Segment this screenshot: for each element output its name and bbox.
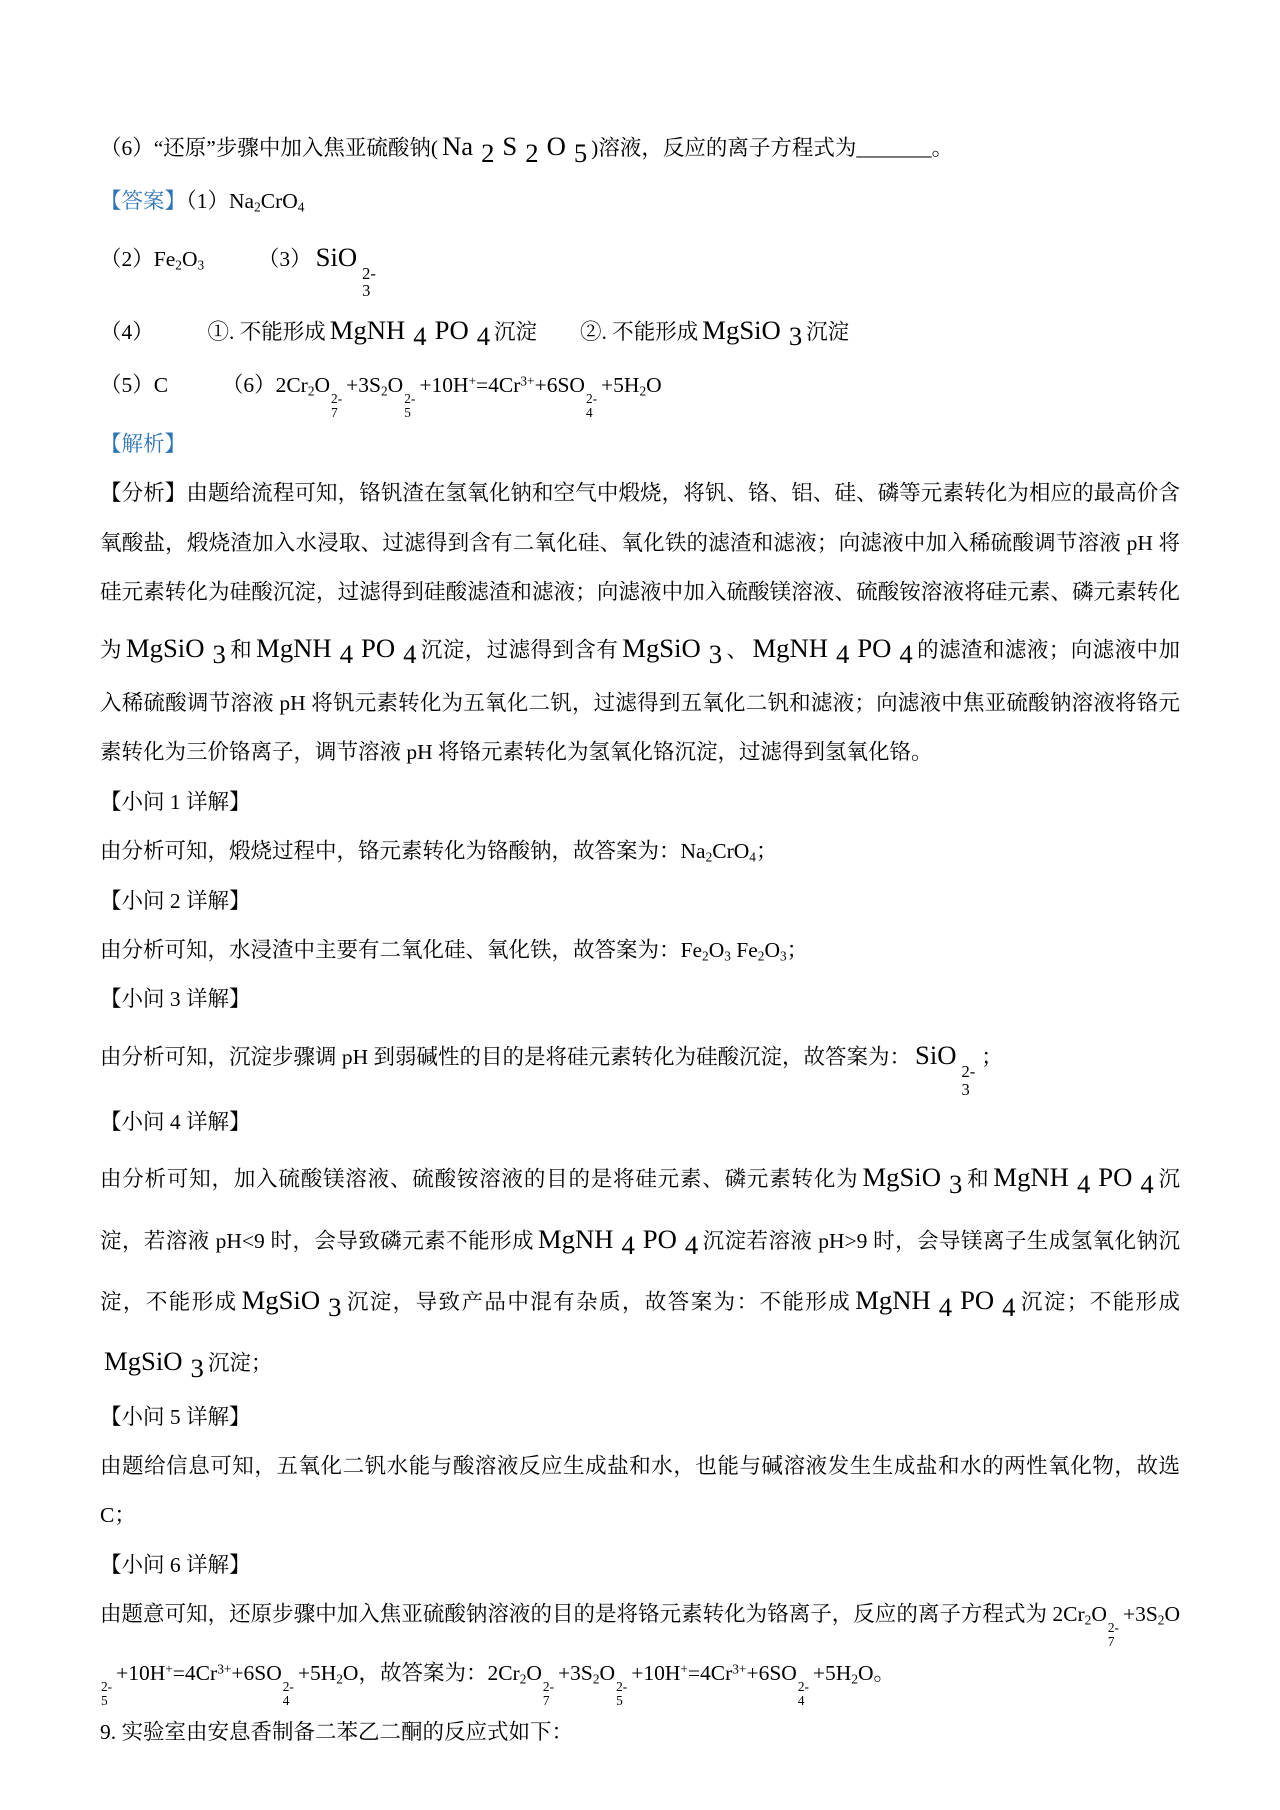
subscript: 5 (574, 138, 587, 168)
subscript: 2 (175, 257, 182, 272)
text-run: MgNH (330, 315, 406, 345)
answer-line-5-6: （5）C （6）2Cr2O2-7+3S2O2-5+10H+=4Cr3++6SO2… (100, 361, 1180, 420)
subscript: 3 (212, 639, 225, 669)
text-run: MgSiO (702, 315, 781, 345)
text-run: 由题意可知，还原步骤中加入焦亚硫酸钠溶液的目的是将铬元素转化为铬离子，反应的离子… (100, 1602, 1085, 1626)
text-run: MgSiO (104, 1346, 183, 1376)
text-run: 由分析可知，沉淀步骤调 pH 到弱碱性的目的是将硅元素转化为硅酸沉淀，故答案为： (100, 1045, 911, 1069)
subscript: 2 (525, 138, 538, 168)
subscript-count: 4 (798, 1694, 805, 1708)
text-run: O (343, 1661, 359, 1685)
text-run: 由题给信息可知，五氧化二钒水能与酸溶液反应生成盐和水，也能与碱溶液发生生成盐和水… (100, 1454, 1180, 1527)
subscript: 2 (308, 383, 315, 398)
subscript-count: 4 (283, 1694, 290, 1708)
superscript: 3+ (217, 1661, 231, 1676)
subq2-header: 【小问 2 详解】 (100, 877, 1180, 926)
superscript: + (468, 373, 476, 388)
subq3-body: 由分析可知，沉淀步骤调 pH 到弱碱性的目的是将硅元素转化为硅酸沉淀，故答案为：… (100, 1025, 1180, 1098)
text-run: Fe (731, 938, 758, 962)
subscript: 3 (709, 639, 722, 669)
text-run: （5）C （6）2Cr (100, 373, 308, 397)
superscript-charge: 2- (331, 392, 342, 406)
text-run: 【小问 1 详解】 (100, 790, 251, 814)
text-run: 、 (726, 638, 748, 662)
text-run: 沉淀，过滤得到含有 (420, 638, 618, 662)
subscript-count: 7 (543, 1694, 550, 1708)
subscript-count: 3 (362, 282, 370, 299)
answer-line-1: 【答案】（1）Na2CrO4 (100, 177, 1180, 226)
subq1-body: 由分析可知，煅烧过程中，铬元素转化为铬酸钠，故答案为：Na2CrO4； (100, 827, 1180, 876)
text-run: =4Cr (476, 373, 520, 397)
text-run: 沉淀；不能形成 (1019, 1290, 1180, 1314)
text-run: O (709, 938, 725, 962)
text-run: +10H (116, 1661, 165, 1685)
subscript: 3 (789, 321, 802, 351)
subscript: 4 (685, 1230, 698, 1260)
subq5-header: 【小问 5 详解】 (100, 1393, 1180, 1442)
subq2-body: 由分析可知，水浸渣中主要有二氧化硅、氧化铁，故答案为：Fe2O3 Fe2O3； (100, 926, 1180, 975)
text-run: =4Cr (688, 1661, 732, 1685)
subscript: 2 (254, 200, 261, 215)
superscript-charge: 2- (616, 1680, 627, 1694)
text-run: =4Cr (173, 1661, 217, 1685)
text-run: 【小问 2 详解】 (100, 889, 251, 913)
text-run: S (502, 131, 517, 161)
text-run: +3S (558, 1661, 593, 1685)
superscript: + (165, 1661, 173, 1676)
text-run: （6）“还原”步骤中加入焦亚硫酸钠( (100, 136, 438, 160)
superscript: 3+ (520, 373, 534, 388)
superscript-charge: 2- (404, 392, 415, 406)
text-run: +5H (813, 1661, 851, 1685)
subscript: 2 (593, 1671, 600, 1686)
subscript: 4 (403, 639, 416, 669)
analysis-label: 【解析】 (100, 432, 186, 456)
text-run: Na (442, 131, 473, 161)
text-run: 沉淀 ②. 不能形成 (494, 320, 698, 344)
text-run: MgSiO (126, 633, 205, 663)
text-run: 沉淀； (208, 1351, 273, 1375)
text-run: ； (787, 938, 809, 962)
ion-charge-stack: 2-7 (543, 1680, 554, 1708)
subscript: 2 (381, 383, 388, 398)
subscript: 4 (1077, 1169, 1090, 1199)
superscript-charge: 2- (798, 1680, 809, 1694)
subscript: 3 (328, 1292, 341, 1322)
exam-answer-page: （6）“还原”步骤中加入焦亚硫酸钠(Na2S2O5)溶液，反应的离子方程式为__… (0, 0, 1280, 1810)
text-run: )溶液，反应的离子方程式为_______。 (591, 136, 953, 160)
fenxi-paragraph: 【分析】由题给流程可知，铬钒渣在氢氧化钠和空气中煅烧，将钒、铬、铝、硅、磷等元素… (100, 469, 1180, 777)
subscript-count: 5 (616, 1694, 623, 1708)
superscript-charge: 2- (543, 1680, 554, 1694)
subq4-body: 由分析可知，加入硫酸镁溶液、硫酸铵溶液的目的是将硅元素、磷元素转化为MgSiO3… (100, 1147, 1180, 1392)
text-run: MgSiO (242, 1285, 321, 1315)
text-run: +6SO (231, 1661, 281, 1685)
ion-charge-stack: 2-7 (1108, 1621, 1119, 1649)
subscript: 4 (1140, 1169, 1153, 1199)
text-run: MgNH (993, 1162, 1069, 1192)
text-run: PO (1098, 1162, 1132, 1192)
answer-line-2-3: （2）Fe2O3 （3）SiO2-3 (100, 227, 1180, 300)
text-run: 由分析可知，水浸渣中主要有二氧化硅、氧化铁，故答案为：Fe (100, 938, 702, 962)
subq3-header: 【小问 3 详解】 (100, 975, 1180, 1024)
subscript-count: 7 (1108, 1635, 1115, 1649)
subscript: 2 (851, 1671, 858, 1686)
text-run: +10H (631, 1661, 680, 1685)
subscript: 2 (336, 1671, 343, 1686)
subscript-count: 5 (404, 406, 411, 420)
text-run: MgSiO (622, 633, 701, 663)
superscript-charge: 2- (962, 1063, 976, 1080)
text-run: O (858, 1661, 874, 1685)
subscript: 3 (949, 1169, 962, 1199)
text-run: +3S (1123, 1602, 1158, 1626)
text-run: （1）Na (186, 189, 254, 213)
text-run: +3S (346, 373, 381, 397)
text-run: +10H (419, 373, 468, 397)
text-run: MgSiO (862, 1162, 941, 1192)
text-run: SiO (915, 1040, 956, 1070)
subscript: 4 (298, 200, 305, 215)
text-run: O (315, 373, 331, 397)
text-run: ； (981, 1045, 1003, 1069)
subscript: 4 (413, 321, 426, 351)
subq6-header: 【小问 6 详解】 (100, 1541, 1180, 1590)
subscript: 2 (481, 138, 494, 168)
text-run: 和 (966, 1167, 989, 1191)
text-run: O (388, 373, 404, 397)
answer-line-4: （4） ①. 不能形成MgNH4PO4沉淀 ②. 不能形成MgSiO3沉淀 (100, 300, 1180, 361)
text-run: 【小问 4 详解】 (100, 1110, 251, 1134)
superscript: + (680, 1661, 688, 1676)
text-run: （4） ①. 不能形成 (100, 320, 326, 344)
subscript: 3 (191, 1353, 204, 1383)
superscript-charge: 2- (1108, 1621, 1119, 1635)
text-run: PO (643, 1224, 677, 1254)
question-9-line: 9. 实验室由安息香制备二苯乙二酮的反应式如下： (100, 1708, 1180, 1757)
subscript: 4 (621, 1230, 634, 1260)
text-run: 由分析可知，煅烧过程中，铬元素转化为铬酸钠，故答案为：Na (100, 839, 706, 863)
text-run: MgNH (752, 633, 828, 663)
text-run: （2）Fe (100, 247, 175, 271)
text-run: O (646, 373, 662, 397)
text-run: 【小问 5 详解】 (100, 1405, 251, 1429)
text-run: MgNH (855, 1285, 931, 1315)
superscript-charge: 2- (101, 1680, 112, 1694)
text-run: 沉淀 (806, 320, 849, 344)
text-run: 【小问 6 详解】 (100, 1553, 251, 1577)
text-run: O (764, 938, 780, 962)
superscript-charge: 2- (362, 265, 376, 282)
text-run: SiO (316, 242, 357, 272)
document-body: （6）“还原”步骤中加入焦亚硫酸钠(Na2S2O5)溶液，反应的离子方程式为__… (100, 116, 1180, 1757)
text-run: +5H (298, 1661, 336, 1685)
text-run: +5H (601, 373, 639, 397)
superscript-charge: 2- (283, 1680, 294, 1694)
ion-charge-stack: 2-5 (101, 1680, 112, 1708)
text-run: PO (960, 1285, 994, 1315)
ion-charge-stack: 2-5 (404, 392, 415, 420)
subscript-count: 7 (331, 406, 338, 420)
text-run: O (526, 1661, 542, 1685)
subq1-header: 【小问 1 详解】 (100, 778, 1180, 827)
subscript: 4 (749, 849, 756, 864)
text-run: PO (857, 633, 891, 663)
text-run: O (547, 131, 566, 161)
subscript-count: 4 (586, 406, 593, 420)
text-run: PO (435, 315, 469, 345)
subscript: 3 (724, 948, 731, 963)
text-run: 。 (874, 1661, 896, 1685)
text-run: +6SO (746, 1661, 796, 1685)
subscript: 4 (899, 639, 912, 669)
ion-charge-stack: 2-7 (331, 392, 342, 420)
text-run: O (1164, 1602, 1180, 1626)
text-run: PO (361, 633, 395, 663)
superscript-charge: 2- (586, 392, 597, 406)
ion-charge-stack: 2-5 (616, 1680, 627, 1708)
subq5-body: 由题给信息可知，五氧化二钒水能与酸溶液反应生成盐和水，也能与碱溶液发生生成盐和水… (100, 1442, 1180, 1541)
text-run: ，故答案为：2Cr (358, 1661, 519, 1685)
subscript: 4 (836, 639, 849, 669)
text-run: 9. 实验室由安息香制备二苯乙二酮的反应式如下： (100, 1720, 573, 1744)
text-run: CrO (712, 839, 749, 863)
text-run: O (600, 1661, 616, 1685)
text-run: 由分析可知，加入硫酸镁溶液、硫酸铵溶液的目的是将硅元素、磷元素转化为 (100, 1167, 858, 1191)
question-6-line: （6）“还原”步骤中加入焦亚硫酸钠(Na2S2O5)溶液，反应的离子方程式为__… (100, 116, 1180, 177)
text-run: MgNH (538, 1224, 614, 1254)
ion-charge-stack: 2-4 (798, 1680, 809, 1708)
ion-charge-stack: 2-3 (362, 265, 376, 300)
subscript: 4 (1002, 1292, 1015, 1322)
ion-charge-stack: 2-4 (283, 1680, 294, 1708)
subq4-header: 【小问 4 详解】 (100, 1098, 1180, 1147)
subscript: 4 (477, 321, 490, 351)
ion-charge-stack: 2-4 (586, 392, 597, 420)
text-run: 和 (230, 638, 252, 662)
subscript: 2 (702, 948, 709, 963)
page: { "page": { "background": "#ffffff", "te… (0, 0, 1280, 1810)
text-run: CrO (261, 189, 298, 213)
superscript: 3+ (732, 1661, 746, 1676)
text-run: O (182, 247, 198, 271)
subq6-body: 由题意可知，还原步骤中加入焦亚硫酸钠溶液的目的是将铬元素转化为铬离子，反应的离子… (100, 1590, 1180, 1707)
text-run: （3） (204, 247, 312, 271)
subscript: 4 (939, 1292, 952, 1322)
ion-charge-stack: 2-3 (962, 1063, 976, 1098)
jiexi-header: 【解析】 (100, 420, 1180, 469)
subscript: 4 (340, 639, 353, 669)
subscript: 3 (780, 948, 787, 963)
text-run: MgNH (256, 633, 332, 663)
text-run: 【小问 3 详解】 (100, 987, 251, 1011)
text-run: ； (756, 839, 778, 863)
answer-label: 【答案】 (100, 189, 186, 213)
text-run: O (1091, 1602, 1107, 1626)
text-run: 沉淀，导致产品中混有杂质，故答案为：不能形成 (345, 1290, 851, 1314)
subscript-count: 3 (962, 1081, 970, 1098)
subscript-count: 5 (101, 1694, 108, 1708)
text-run: +6SO (535, 373, 585, 397)
